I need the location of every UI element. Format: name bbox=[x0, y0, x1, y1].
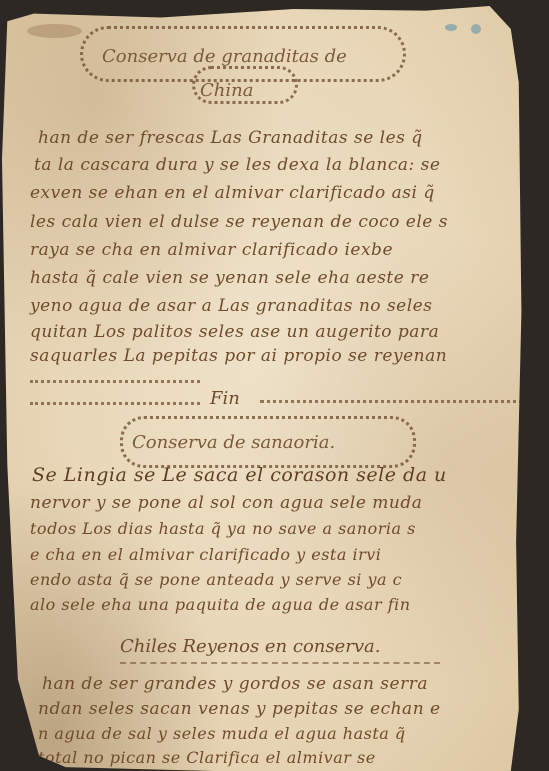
recipe3-section: Chiles Reyenos en conserva. han de ser g… bbox=[2, 6, 532, 771]
recipe3-line: total no pican se Clarifica el almivar s… bbox=[38, 748, 376, 767]
recipe3-line: ndan seles sacan venas y pepitas se echa… bbox=[38, 699, 441, 719]
title-dashed-underline bbox=[120, 662, 440, 664]
recipe3-title: Chiles Reyenos en conserva. bbox=[120, 636, 381, 657]
manuscript-page: Conserva de granaditas de China han de s… bbox=[2, 6, 532, 771]
recipe3-line: han de ser grandes y gordos se asan serr… bbox=[42, 674, 428, 694]
recipe3-line: n agua de sal y seles muda el agua hasta… bbox=[38, 724, 406, 743]
